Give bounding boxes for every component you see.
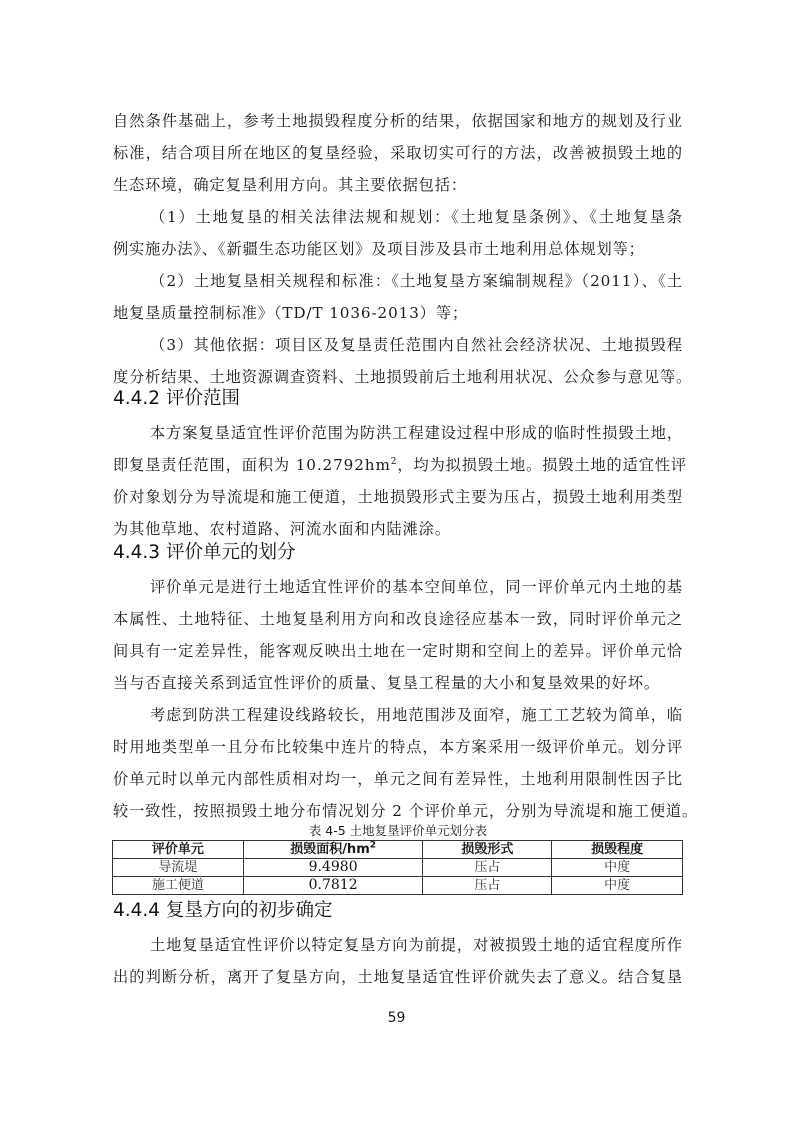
table-row: 施工便道 0.7812 压占 中度: [113, 877, 683, 895]
header-area-label: 损毁面积/hm: [290, 842, 370, 857]
section-heading-4-4-4: 4.4.4 复垦方向的初步确定: [113, 899, 332, 923]
cell-unit: 导流堤: [113, 859, 244, 877]
basis-item-3-cont: 度分析结果、土地资源调查资料、土地损毁前后土地利用状况、公众参与意见等。: [113, 367, 683, 387]
cell-form: 压占: [423, 877, 552, 895]
scope-line: 为其他草地、农村道路、河流水面和内陆滩涂。: [113, 519, 683, 539]
cell-form: 压占: [423, 859, 552, 877]
table-header-row: 评价单元 损毁面积/hm2 损毁形式 损毁程度: [113, 841, 683, 859]
scope-line-area: 即复垦责任范围，面积为 10.2792hm2，均为拟损毁土地。损毁土地的适宜性评: [113, 455, 683, 475]
header-area: 损毁面积/hm2: [243, 841, 423, 859]
page-number: 59: [0, 1010, 793, 1026]
header-unit: 评价单元: [113, 841, 244, 859]
basis-item-1-cont: 例实施办法》、《新疆生态功能区划》及项目涉及县市土地利用总体规划等；: [113, 239, 683, 259]
units-line: 间具有一定差异性，能客观反映出土地在一定时期和空间上的差异。评价单元恰: [113, 641, 683, 661]
cell-degree: 中度: [552, 877, 683, 895]
section-heading-4-4-2: 4.4.2 评价范围: [113, 387, 240, 411]
scope-line: 本方案复垦适宜性评价范围为防洪工程建设过程中形成的临时性损毁土地，: [150, 423, 683, 443]
table-caption: 表 4-5 土地复垦评价单元划分表: [113, 823, 683, 839]
scope-line: 价对象划分为导流堤和施工便道，土地损毁形式主要为压占，损毁土地利用类型: [113, 487, 683, 507]
units-line: 时用地类型单一且分布比较集中连片的特点，本方案采用一级评价单元。划分评: [113, 737, 683, 757]
basis-item-3: （3）其他依据：项目区及复垦责任范围内自然社会经济状况、土地损毁程: [150, 335, 683, 355]
cell-area: 9.4980: [243, 859, 423, 877]
scope-area-text: 即复垦责任范围，面积为 10.2792hm: [113, 456, 391, 474]
header-form: 损毁形式: [423, 841, 552, 859]
paragraph-line: 自然条件基础上，参考土地损毁程度分析的结果，依据国家和地方的规划及行业: [113, 111, 683, 131]
cell-degree: 中度: [552, 859, 683, 877]
paragraph-line: 标准，结合项目所在地区的复垦经验，采取切实可行的方法，改善被损毁土地的: [113, 143, 683, 163]
direction-line: 出的判断分析，离开了复垦方向，土地复垦适宜性评价就失去了意义。结合复垦: [113, 967, 683, 987]
units-line: 较一致性，按照损毁土地分布情况划分 2 个评价单元，分别为导流堤和施工便道。: [113, 801, 683, 821]
cell-area: 0.7812: [243, 877, 423, 895]
evaluation-unit-table: 评价单元 损毁面积/hm2 损毁形式 损毁程度 导流堤 9.4980 压占 中度…: [112, 840, 683, 895]
scope-area-text-after: ，均为拟损毁土地。损毁土地的适宜性评: [397, 456, 687, 474]
cell-unit: 施工便道: [113, 877, 244, 895]
units-line: 价单元时以单元内部性质相对均一，单元之间有差异性，土地利用限制性因子比: [113, 769, 683, 789]
basis-item-2-cont: 地复垦质量控制标准》（TD/T 1036-2013）等；: [113, 303, 683, 323]
direction-line: 土地复垦适宜性评价以特定复垦方向为前提，对被损毁土地的适宜程度所作: [150, 935, 683, 955]
superscript: 2: [370, 841, 376, 851]
units-line: 本属性、土地特征、土地复垦利用方向和改良途径应基本一致，同时评价单元之: [113, 609, 683, 629]
document-page: 自然条件基础上，参考土地损毁程度分析的结果，依据国家和地方的规划及行业 标准，结…: [0, 0, 793, 1122]
paragraph-line: 生态环境，确定复垦利用方向。其主要依据包括：: [113, 175, 683, 195]
header-degree: 损毁程度: [552, 841, 683, 859]
section-heading-4-4-3: 4.4.3 评价单元的划分: [113, 541, 295, 565]
units-line: 考虑到防洪工程建设线路较长，用地范围涉及面窄，施工工艺较为简单，临: [150, 705, 683, 725]
basis-item-2: （2）土地复垦相关规程和标准：《土地复垦方案编制规程》（2011）、《土: [150, 271, 683, 291]
units-line: 当与否直接关系到适宜性评价的质量、复垦工程量的大小和复垦效果的好坏。: [113, 673, 683, 693]
basis-item-1: （1）土地复垦的相关法律法规和规划：《土地复垦条例》、《土地复垦条: [150, 207, 683, 227]
units-line: 评价单元是进行土地适宜性评价的基本空间单位，同一评价单元内土地的基: [150, 577, 683, 597]
table-row: 导流堤 9.4980 压占 中度: [113, 859, 683, 877]
